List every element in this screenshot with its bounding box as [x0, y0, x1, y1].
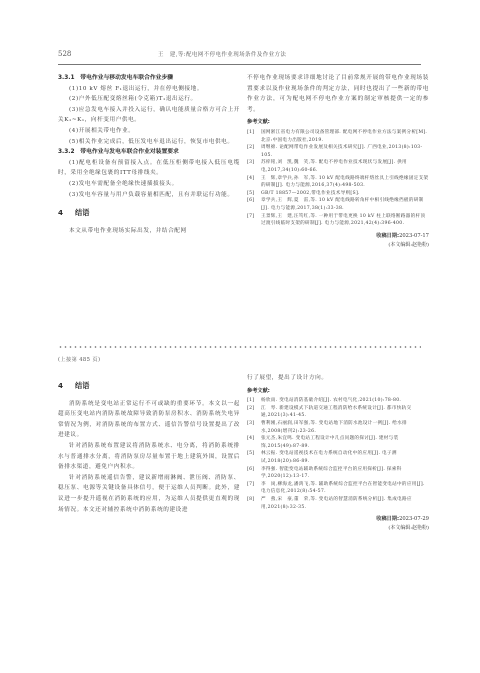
reference-item: [1]杨欣雨. 变电站消防基础介绍[J]. 农村电气化,2021(10):78-… — [247, 397, 429, 405]
reference-text: 江 琴. 新建设模式下轨道交通工程消防给水系统设计[J]. 都市快轨交通,202… — [259, 405, 429, 420]
reference-item: [6]章学兵,王 辉,夏 雷,等. 10 kV 配电线路转角杆中相引线绝缘挡板的… — [247, 197, 429, 212]
received-date-line: 收稿日期:2023-07-29 — [247, 515, 429, 524]
reference-item: [3]苏梓铭,刘 凯,魏 笑,等. 配电不停电作业技术现状与发展[J]. 供用电… — [247, 159, 429, 174]
reference-text: 章学兵,王 辉,夏 雷,等. 10 kV 配电线路转角杆中相引线绝缘挡板的研制[… — [259, 197, 429, 212]
reference-number: [1] — [247, 129, 259, 144]
reference-text: GB/T 18857—2002,带电作业技术导则[S]. — [259, 190, 429, 198]
reference-number: [7] — [247, 481, 259, 496]
reference-number: [5] — [247, 190, 259, 198]
reference-number: [7] — [247, 213, 259, 228]
article2-left-column: 4结语 消防系统是变电站正常运行不可或缺的重要环节。本文以一起超高压变电站内消防… — [58, 381, 240, 515]
paragraph: (5)相关作业完成后，低压发电车退出运行，恢复市电供电。 — [58, 137, 240, 148]
editor-note: (本文编辑:赵艳粉) — [247, 241, 429, 249]
reference-item: [4]张元杰,朱宜鸣. 变电站工程设计中几点问题的探讨[J]. 建材与装饰,20… — [247, 435, 429, 450]
reference-number: [3] — [247, 159, 259, 174]
section-number: 4 — [58, 208, 63, 217]
references-heading: 参考文献: — [247, 117, 429, 128]
reference-number: [4] — [247, 435, 259, 450]
continued-from-note: (上接第 485 页) — [58, 356, 100, 363]
received-date: 2023-07-29 — [399, 516, 429, 522]
reference-text: 周继绵. 论配网带电作业发展及相关技术研究[J]. 广西电业,2013(8):1… — [259, 144, 429, 159]
paragraph: 消防系统是变电站正常运行不可或缺的重要环节。本文以一起超高压变电站内消防系统故障… — [58, 399, 240, 441]
reference-text: 李得强. 智能变电站辅助系统综合监控平台的应用探析[J]. 探索科学,2020(… — [259, 466, 429, 481]
reference-number: [3] — [247, 420, 259, 435]
paragraph: (1)配电柜设备有预留接入点。在低压柜侧带电接入低压电缆时，采用全绝缘包裹的IT… — [58, 158, 240, 179]
reference-list: [1]国网浙江省电力有限公司设备管理部. 配电网不停电作业方法与案例分析[M].… — [247, 129, 429, 228]
page-number: 528 — [58, 50, 71, 58]
section-number: 4 — [58, 381, 63, 390]
reference-text: 王 辉,章学兵,孙 军,等. 10 kV 配电线路终端杆熔丝具上引线绝缘固定支架… — [259, 175, 429, 190]
reference-item: [5]GB/T 18857—2002,带电作业技术导则[S]. — [247, 190, 429, 198]
editor-note: (本文编辑:赵艳粉) — [247, 524, 429, 532]
paragraph: (4)开展相关带电作业。 — [58, 126, 240, 137]
reference-number: [6] — [247, 197, 259, 212]
paragraph: 针对消防系统布置建议将消防系统水、电分离，将消防系统排水与普通排水分离，将消防泵… — [58, 441, 240, 473]
reference-item: [7]李 岗,柳海龙,潘鸿飞,等. 辅助系统综合监控平台在智能变电站中的应用[J… — [247, 481, 429, 496]
received-label: 收稿日期: — [376, 233, 399, 239]
reference-text: 林云振. 变电站遥视技术在电力系统自动化中的应用[J]. 电子测试,2018(2… — [259, 450, 429, 465]
reference-item: [8]严 燕,宋 豪,董 荣,等. 变电站的智慧消防系统分析[J]. 集成电路应… — [247, 496, 429, 511]
paragraph: (1)10 kV 熔丝 F₁退出运行，并在停电侧接地。 — [58, 84, 240, 95]
article1-right-column: 不停电作业现场要求详细地讨论了目前常规开展的带电作业现场装置要求以及作业现场条件… — [247, 73, 429, 249]
reference-item: [5]林云振. 变电站遥视技术在电力系统自动化中的应用[J]. 电子测试,201… — [247, 450, 429, 465]
received-date-line: 收稿日期:2023-07-17 — [247, 232, 429, 241]
reference-item: [3]曹利刚,石丽润,田军强,等. 变电站地下消防水池设计一例[J]. 给水排水… — [247, 420, 429, 435]
reference-item: [7]王景辉,王 建,汪笃红,等. 一种用于带电更换 10 kV 柱上联络断路器… — [247, 213, 429, 228]
reference-text: 张元杰,朱宜鸣. 变电站工程设计中几点问题的探讨[J]. 建材与装饰,2015(… — [259, 435, 429, 450]
reference-number: [5] — [247, 450, 259, 465]
reference-item: [2]江 琴. 新建设模式下轨道交通工程消防给水系统设计[J]. 都市快轨交通,… — [247, 405, 429, 420]
reference-text: 苏梓铭,刘 凯,魏 笑,等. 配电不停电作业技术现状与发展[J]. 供用电,20… — [259, 159, 429, 174]
section-title: 结语 — [75, 381, 89, 390]
received-date: 2023-07-17 — [399, 233, 429, 239]
paragraph: 行了展望，提出了设计方向。 — [247, 373, 429, 384]
article2-right-column: 行了展望，提出了设计方向。 参考文献: [1]杨欣雨. 变电站消防基础介绍[J]… — [247, 373, 429, 532]
reference-item: [2]周继绵. 论配网带电作业发展及相关技术研究[J]. 广西电业,2013(8… — [247, 144, 429, 159]
reference-item: [4]王 辉,章学兵,孙 军,等. 10 kV 配电线路终端杆熔丝具上引线绝缘固… — [247, 175, 429, 190]
paragraph: (2)户外低压配变熔丝箱(令克箱)T₁退出运行。 — [58, 94, 240, 105]
section-3-3-1-title: 3.3.1 带电作业与移动发电车联合作业步骤 — [58, 73, 240, 84]
running-title: 王 建,等:配电网不停电作业现场条件及作业方法 — [158, 50, 286, 58]
reference-text: 王景辉,王 建,汪笃红,等. 一种用于带电更换 10 kV 柱上联络断路器的杆顶… — [259, 213, 429, 228]
paragraph: (2)发电车需配备全绝缘快速插拔接头。 — [58, 179, 240, 190]
reference-text: 国网浙江省电力有限公司设备管理部. 配电网不停电作业方法与案例分析[M]. 北京… — [259, 129, 429, 144]
reference-list: [1]杨欣雨. 变电站消防基础介绍[J]. 农村电气化,2021(10):78-… — [247, 397, 429, 511]
references-heading: 参考文献: — [247, 386, 429, 397]
paragraph: 本文从带电作业现场实际出发，并结合配网 — [58, 226, 240, 237]
paragraph: 不停电作业现场要求详细地讨论了目前常规开展的带电作业现场装置要求以及作业现场条件… — [247, 73, 429, 115]
reference-text: 杨欣雨. 变电站消防基础介绍[J]. 农村电气化,2021(10):78-80. — [259, 397, 429, 405]
paragraph: (3)应急发电车接入并投入运行，确认电能质量合格方可合上开关K₁~K₁，向杆变用… — [58, 105, 240, 126]
paragraph: 针对消防系统遥信告警，建议新增雨淋阀、泄压阀、消防泵、稳压泵、电源等关键设备具体… — [58, 473, 240, 515]
section-title: 结语 — [75, 208, 89, 217]
running-header: 528 王 建,等:配电网不停电作业现场条件及作业方法 — [58, 50, 421, 65]
reference-number: [2] — [247, 144, 259, 159]
reference-item: [6]李得强. 智能变电站辅助系统综合监控平台的应用探析[J]. 探索科学,20… — [247, 466, 429, 481]
conclusion-heading: 4结语 — [58, 208, 240, 219]
reference-text: 李 岗,柳海龙,潘鸿飞,等. 辅助系统综合监控平台在智能变电站中的应用[J]. … — [259, 481, 429, 496]
reference-text: 曹利刚,石丽润,田军强,等. 变电站地下消防水池设计一例[J]. 给水排水,20… — [259, 420, 429, 435]
dotted-separator — [58, 346, 421, 348]
reference-number: [6] — [247, 466, 259, 481]
section-3-3-2-title: 3.3.2 带电作业与发电车联合作业对装置要求 — [58, 147, 240, 158]
received-label: 收稿日期: — [376, 516, 399, 522]
reference-number: [8] — [247, 496, 259, 511]
paragraph: (3)发电车容量与用户负载容量相匹配，且有并联运行功能。 — [58, 190, 240, 201]
conclusion-heading: 4结语 — [58, 381, 240, 392]
reference-number: [4] — [247, 175, 259, 190]
reference-item: [1]国网浙江省电力有限公司设备管理部. 配电网不停电作业方法与案例分析[M].… — [247, 129, 429, 144]
reference-number: [2] — [247, 405, 259, 420]
reference-text: 严 燕,宋 豪,董 荣,等. 变电站的智慧消防系统分析[J]. 集成电路应用,2… — [259, 496, 429, 511]
reference-number: [1] — [247, 397, 259, 405]
article1-left-column: 3.3.1 带电作业与移动发电车联合作业步骤 (1)10 kV 熔丝 F₁退出运… — [58, 73, 240, 236]
